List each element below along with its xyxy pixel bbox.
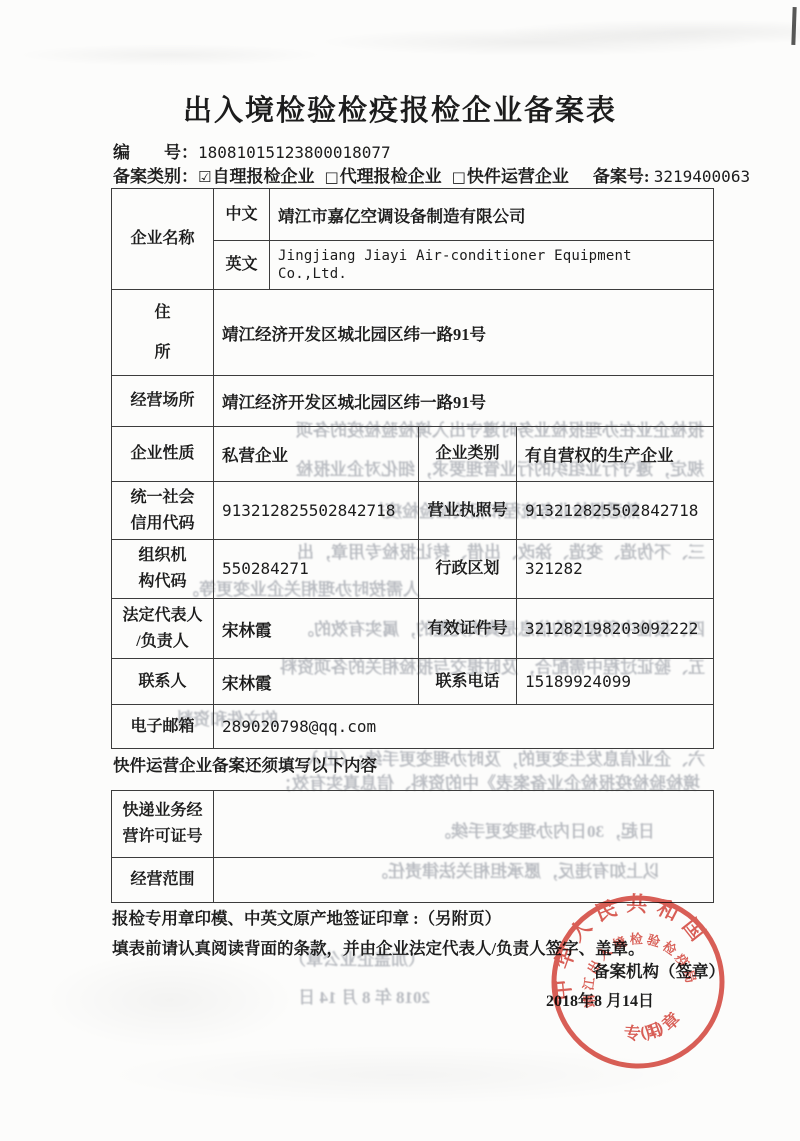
record-number-label: 备案号: [593,167,650,186]
seal-impression-note: 报检专用章印模、中英文原产地签证印章 :（另附页） [112,905,501,929]
record-category-line: 备案类别：☑自理报检企业□代理报检企业□快件运营企业备案号: 321940006… [113,162,750,187]
table-row: 联系人 宋林霞 联系电话 15189924099 [112,659,714,705]
option-express-operator: □快件运营企业 [452,162,569,187]
express-operator-table: 快递业务经 营许可证号 经营范围 [111,790,714,903]
business-license-value: 913212825502842718 [517,482,714,540]
form-title: 出入境检验检疫报检企业备案表 [0,88,800,129]
filing-agency-label: 备案机构（签章） [535,958,725,982]
chinese-name-value: 靖江市嘉亿空调设备制造有限公司 [270,189,714,241]
scan-artifact-mark [791,7,796,45]
scanned-form-page: 报检企业在办理报检业务时遵守出入境检验检疫的各项 规定，遵守行业组织的行业管理要… [0,0,800,1141]
english-name-value: Jingjiang Jiayi Air-conditioner Equipmen… [270,241,714,290]
business-scope-label: 经营范围 [112,858,214,903]
table-row: 快递业务经 营许可证号 [112,791,714,858]
option-agent-declaration: □代理报检企业 [324,162,441,187]
serial-number-value: 18081015123800018077 [198,143,391,162]
table-row: 企业性质 私营企业 企业类别 有自营权的生产企业 [112,427,714,482]
legal-rep-value: 宋林霞 [214,599,419,659]
org-code-label: 组织机 构代码 [112,540,214,599]
table-row: 电子邮箱 289020798@qq.com [112,705,714,749]
checkbox-icon: □ [452,170,466,185]
record-category-label: 备案类别： [113,167,198,186]
express-permit-label: 快递业务经 营许可证号 [112,791,214,858]
option-label: 代理报检企业 [340,167,442,186]
admin-region-value: 321282 [517,540,714,599]
business-license-label: 营业执照号 [419,482,517,540]
record-number-value: 3219400063 [654,167,750,186]
option-label: 自理报检企业 [212,167,314,186]
enterprise-category-value: 有自营权的生产企业 [517,427,714,482]
enterprise-nature-value: 私营企业 [214,427,419,482]
checkbox-icon: □ [324,170,338,185]
enterprise-category-label: 企业类别 [419,427,517,482]
contact-phone-label: 联系电话 [419,659,517,705]
express-section-note: 快件运营企业备案还须填写以下内容 [113,752,377,776]
contact-phone-value: 15189924099 [517,659,714,705]
residence-value: 靖江经济开发区城北园区纬一路91号 [214,290,714,376]
id-number-value: 321282198203092222 [517,599,714,659]
company-name-label: 企业名称 [112,189,214,290]
contact-person-value: 宋林霞 [214,659,419,705]
seal-number: (1) [637,1019,668,1043]
seal-graphic: 中华人民共和国 靖江出入境检验检疫局 专用章 (1) [529,873,747,1091]
uscc-label: 统一社会 信用代码 [112,482,214,540]
official-seal-stamp: 中华人民共和国 靖江出入境检验检疫局 专用章 (1) [529,873,747,1091]
english-name-label: 英文 [214,241,270,290]
bleedthrough-text: 2018 年 8 月 14 日 [170,986,430,1010]
email-label: 电子邮箱 [112,705,214,749]
uscc-value: 913212825502842718 [214,482,419,540]
enterprise-nature-label: 企业性质 [112,427,214,482]
table-row: 经营范围 [112,858,714,903]
org-code-value: 550284271 [214,540,419,599]
contact-person-label: 联系人 [112,659,214,705]
business-place-label: 经营场所 [112,376,214,427]
table-row: 住 所 靖江经济开发区城北园区纬一路91号 [112,290,714,376]
filing-date: 2018年8 月14日 [515,988,685,1011]
chinese-name-label: 中文 [214,189,270,241]
residence-label: 住 所 [112,290,214,376]
option-label: 快件运营企业 [467,167,569,186]
enterprise-info-table: 企业名称 中文 靖江市嘉亿空调设备制造有限公司 英文 Jingjiang Jia… [111,188,714,749]
id-number-label: 有效证件号 [419,599,517,659]
serial-number-label: 编 号： [113,143,198,162]
email-value: 289020798@qq.com [214,705,714,749]
table-row: 法定代表人 /负责人 宋林霞 有效证件号 321282198203092222 [112,599,714,659]
option-self-declaration: ☑自理报检企业 [198,162,314,187]
checkbox-checked-icon: ☑ [198,170,211,185]
table-row: 统一社会 信用代码 913212825502842718 营业执照号 91321… [112,482,714,540]
express-permit-value [214,791,714,858]
business-scope-value [214,858,714,903]
table-row: 组织机 构代码 550284271 行政区划 321282 [112,540,714,599]
table-row: 企业名称 中文 靖江市嘉亿空调设备制造有限公司 [112,189,714,241]
admin-region-label: 行政区划 [419,540,517,599]
table-row: 经营场所 靖江经济开发区城北园区纬一路91号 [112,376,714,427]
business-place-value: 靖江经济开发区城北园区纬一路91号 [214,376,714,427]
legal-rep-label: 法定代表人 /负责人 [112,599,214,659]
signature-instruction: 填表前请认真阅读背面的条款，并由企业法定代表人/负责人签字、盖章。 [112,935,645,959]
serial-number-line: 编 号：18081015123800018077 [113,138,391,163]
